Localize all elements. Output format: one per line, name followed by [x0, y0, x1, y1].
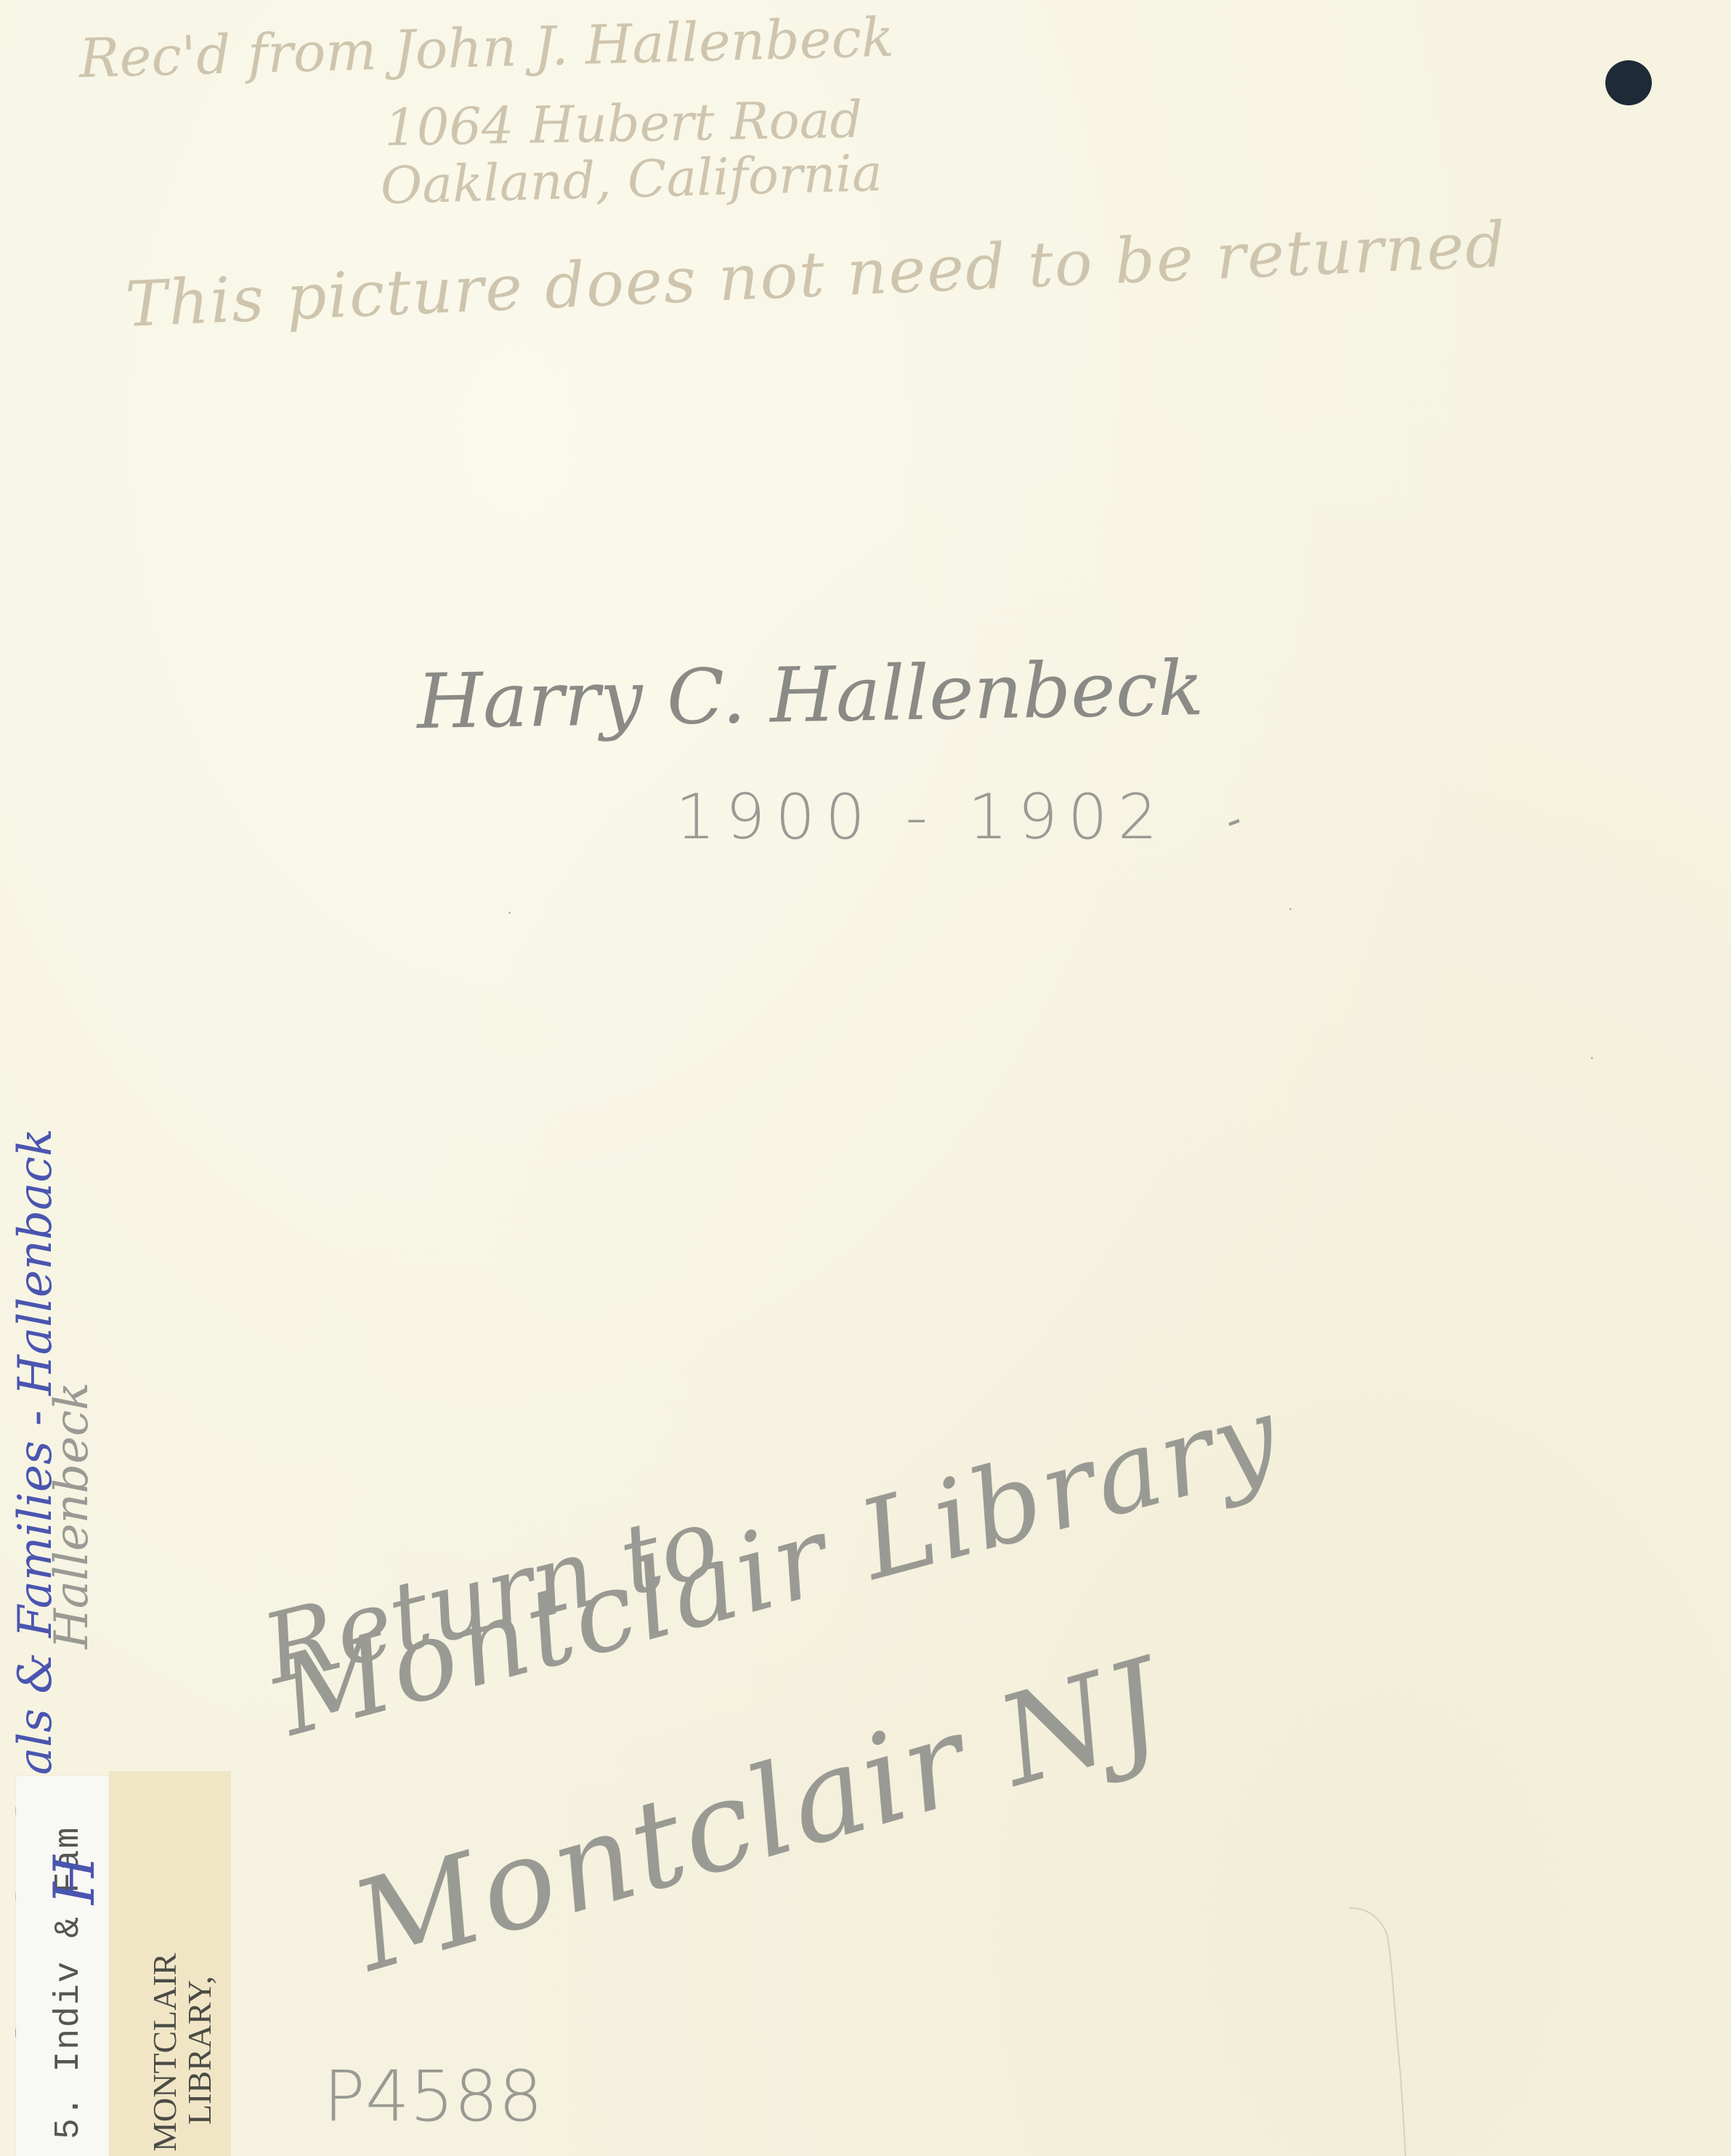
library-stamp-line-1: MONTCLAIR — [145, 1953, 184, 2152]
paper-speck — [1591, 1057, 1593, 1059]
library-stamp-line-2: LIBRARY, — [180, 1976, 219, 2125]
catalog-number: P4588 — [323, 2056, 543, 2137]
paper-speck — [508, 912, 511, 914]
subject-years: 1900 - 1902 — [676, 781, 1167, 854]
paper-speck — [1289, 908, 1292, 910]
pencil-surname-annotation: Hallenbeck — [45, 1382, 99, 1649]
subject-name: Harry C. Hallenbeck — [416, 644, 1204, 746]
category-label-letter: H — [42, 1855, 108, 1905]
scan-fiber-mark — [1347, 1907, 1449, 2156]
punch-hole-dot — [1605, 60, 1652, 105]
